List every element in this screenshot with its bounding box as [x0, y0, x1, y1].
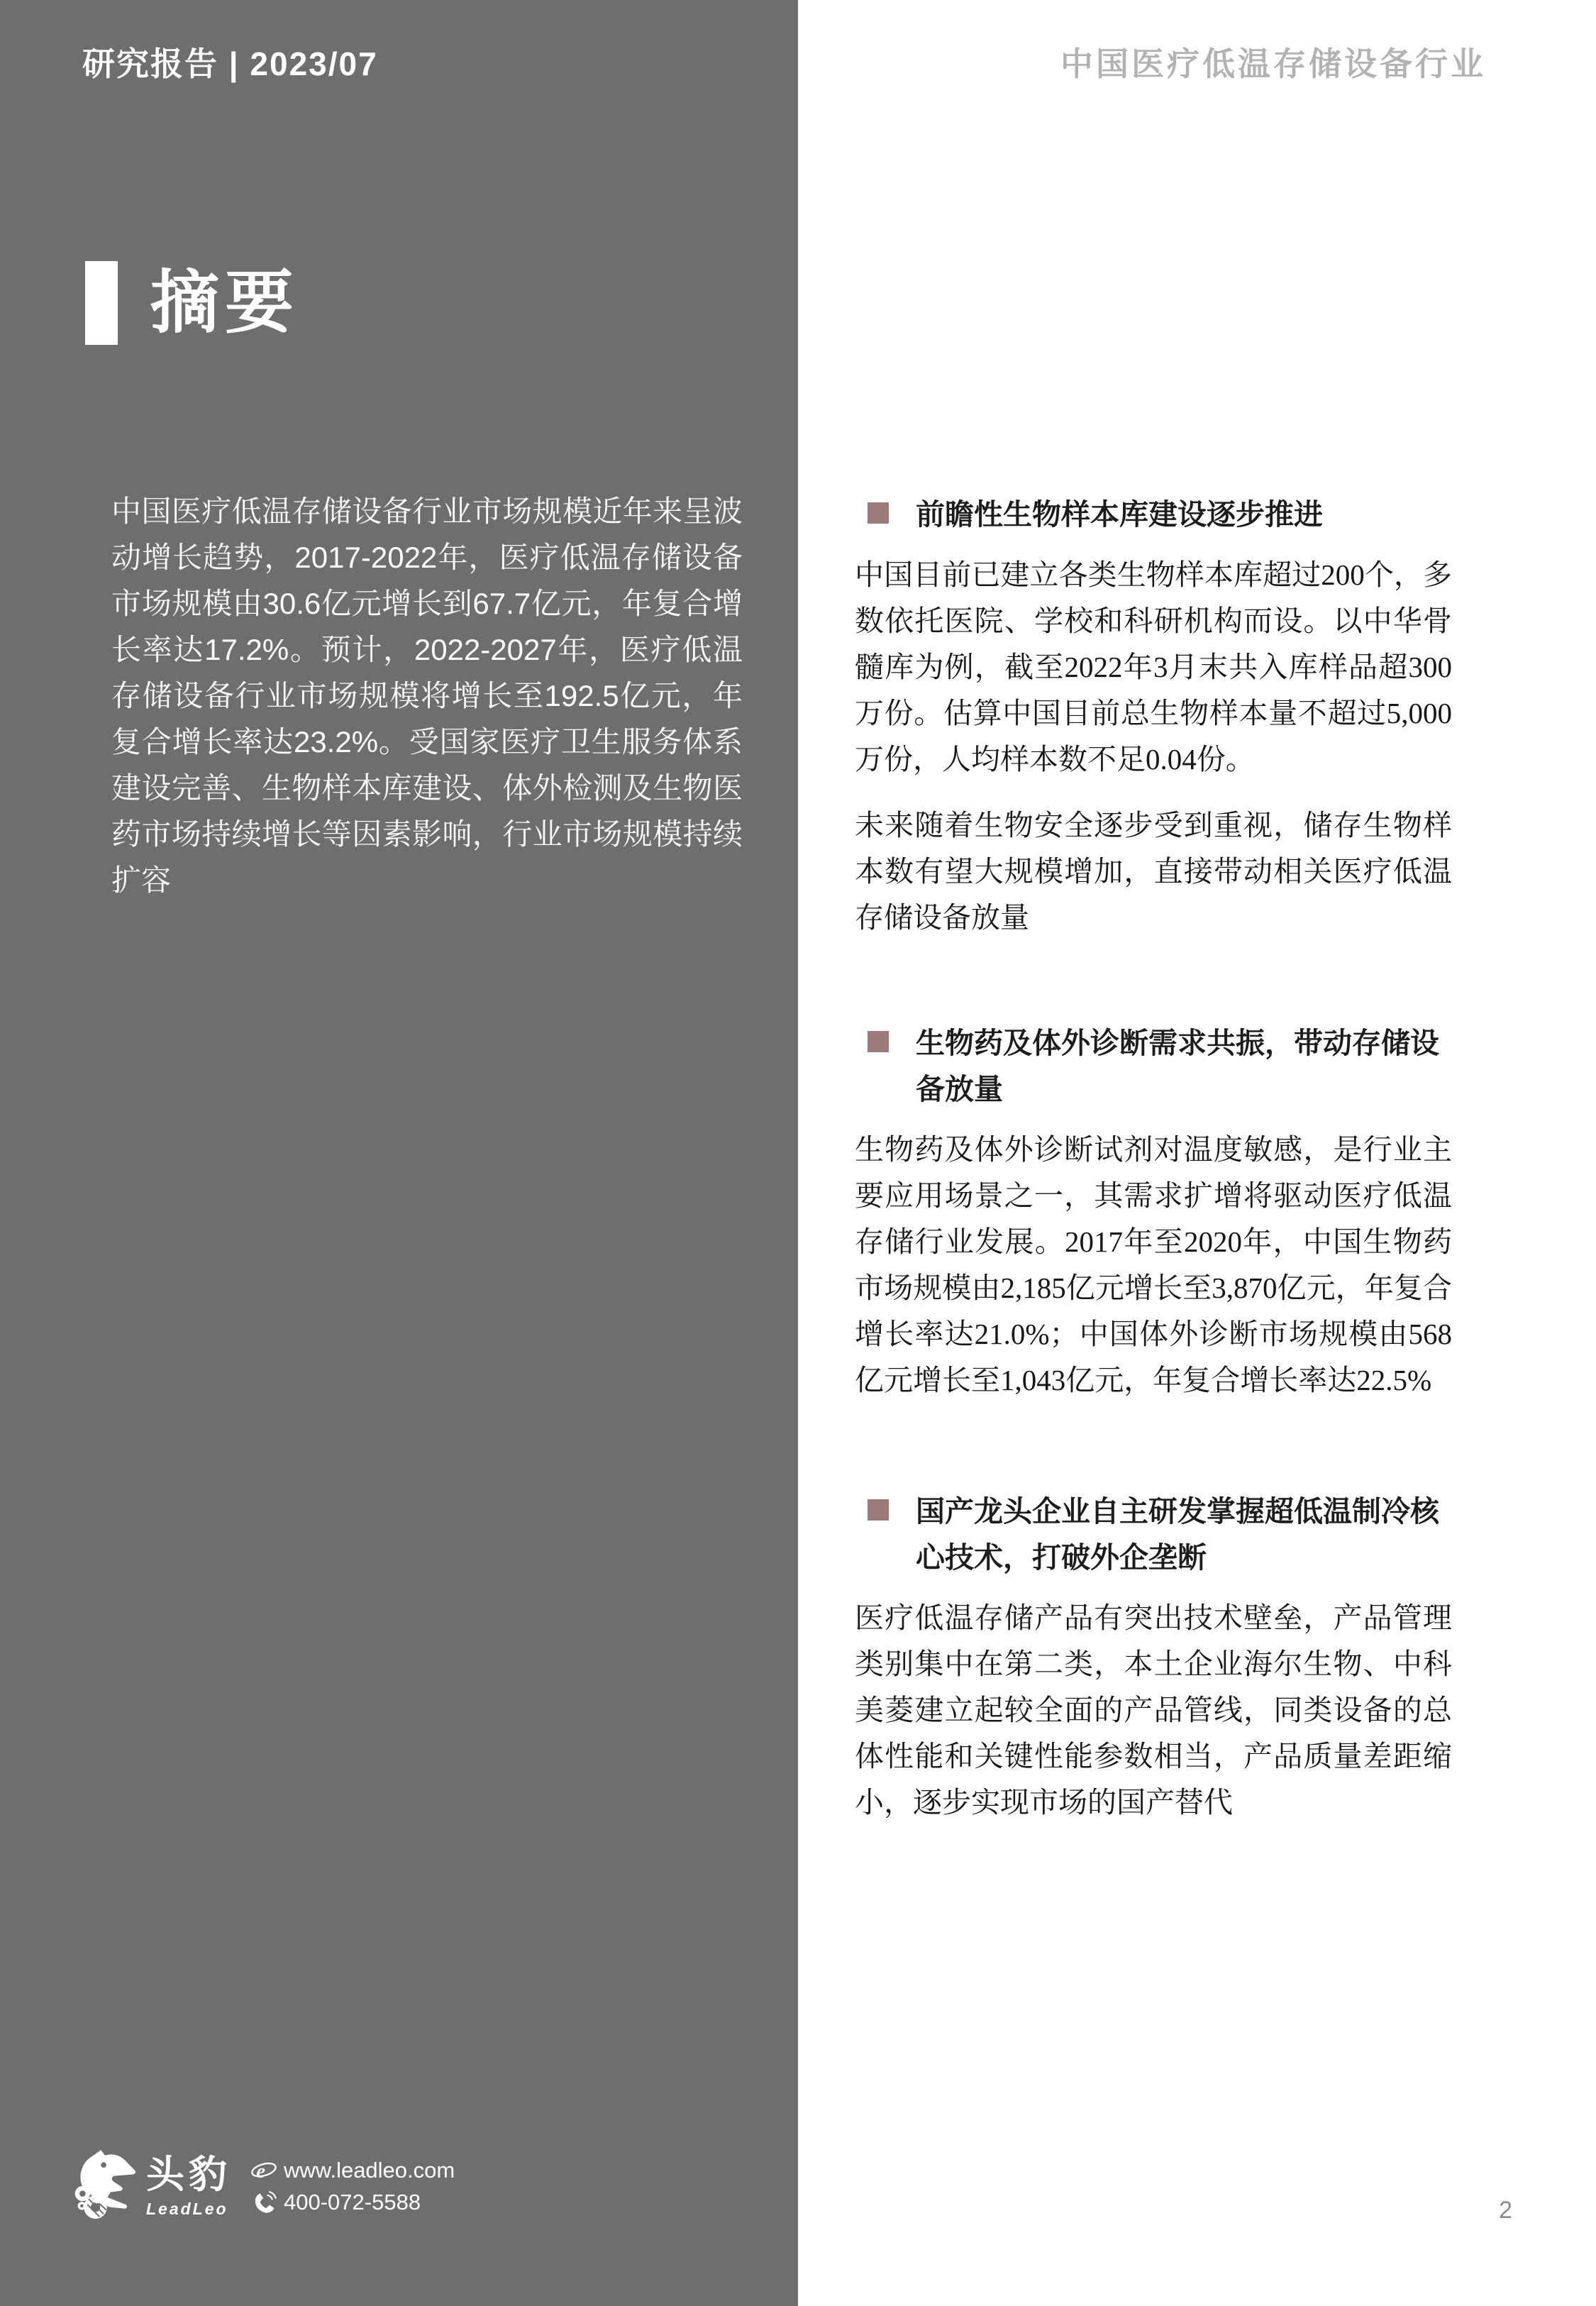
square-bullet-icon — [868, 502, 889, 524]
square-bullet-icon — [868, 1499, 889, 1521]
ie-globe-icon: e — [251, 2158, 277, 2183]
section-heading: 国产龙头企业自主研发掌握超低温制冷核心技术，打破外企垄断 — [855, 1489, 1454, 1581]
section-paragraph: 医疗低温存储产品有突出技术壁垒，产品管理类别集中在第二类，本土企业海尔生物、中科… — [855, 1595, 1452, 1826]
phone-number: 400-072-5588 — [284, 2190, 421, 2215]
section-heading-text: 国产龙头企业自主研发掌握超低温制冷核心技术，打破外企垄断 — [916, 1489, 1454, 1581]
brand-block: 头豹 LeadLeo — [146, 2154, 231, 2219]
phone-icon — [251, 2190, 277, 2215]
section-paragraph: 生物药及体外诊断试剂对温度敏感，是行业主要应用场景之一，其需求扩增将驱动医疗低温… — [855, 1127, 1452, 1403]
brand-name-en: LeadLeo — [146, 2200, 231, 2219]
abstract-header: 摘要 — [85, 261, 299, 345]
leadleo-leopard-icon — [71, 2148, 139, 2224]
sidebar: 研究报告 | 2023/07 摘要 中国医疗低温存储设备行业市场规模近年来呈波动… — [0, 0, 798, 2306]
abstract-summary: 中国医疗低温存储设备行业市场规模近年来呈波动增长趋势，2017-2022年，医疗… — [111, 488, 743, 903]
section-biobank: 前瞻性生物样本库建设逐步推进 中国目前已建立各类生物样本库超过200个，多数依托… — [855, 492, 1454, 941]
report-page: 研究报告 | 2023/07 摘要 中国医疗低温存储设备行业市场规模近年来呈波动… — [0, 0, 1596, 2306]
section-heading: 前瞻性生物样本库建设逐步推进 — [855, 492, 1454, 538]
phone-row: 400-072-5588 — [251, 2190, 455, 2215]
contact-block: e www.leadleo.com 400-072-5588 — [251, 2158, 455, 2215]
brand-name-cn: 头豹 — [146, 2154, 231, 2195]
section-domestic-leaders: 国产龙头企业自主研发掌握超低温制冷核心技术，打破外企垄断 医疗低温存储产品有突出… — [855, 1489, 1454, 1826]
industry-title: 中国医疗低温存储设备行业 — [1060, 38, 1486, 85]
page-number: 2 — [1499, 2197, 1512, 2224]
section-paragraph: 中国目前已建立各类生物样本库超过200个，多数依托医院、学校和科研机构而设。以中… — [855, 552, 1452, 783]
section-heading-text: 前瞻性生物样本库建设逐步推进 — [916, 492, 1454, 538]
section-biopharma-ivd: 生物药及体外诊断需求共振，带动存储设备放量 生物药及体外诊断试剂对温度敏感，是行… — [855, 1020, 1454, 1403]
website-url: www.leadleo.com — [284, 2158, 455, 2183]
section-paragraph: 未来随着生物安全逐步受到重视，储存生物样本数有望大规模增加，直接带动相关医疗低温… — [855, 802, 1452, 941]
section-heading: 生物药及体外诊断需求共振，带动存储设备放量 — [855, 1020, 1454, 1113]
sidebar-footer: 头豹 LeadLeo e www.leadleo.com — [71, 2148, 455, 2224]
title-marker-bar — [85, 261, 118, 345]
section-heading-text: 生物药及体外诊断需求共振，带动存储设备放量 — [916, 1020, 1454, 1113]
report-tag: 研究报告 | 2023/07 — [82, 38, 378, 85]
square-bullet-icon — [868, 1031, 889, 1052]
website-row: e www.leadleo.com — [251, 2158, 455, 2183]
abstract-title: 摘要 — [150, 261, 299, 345]
